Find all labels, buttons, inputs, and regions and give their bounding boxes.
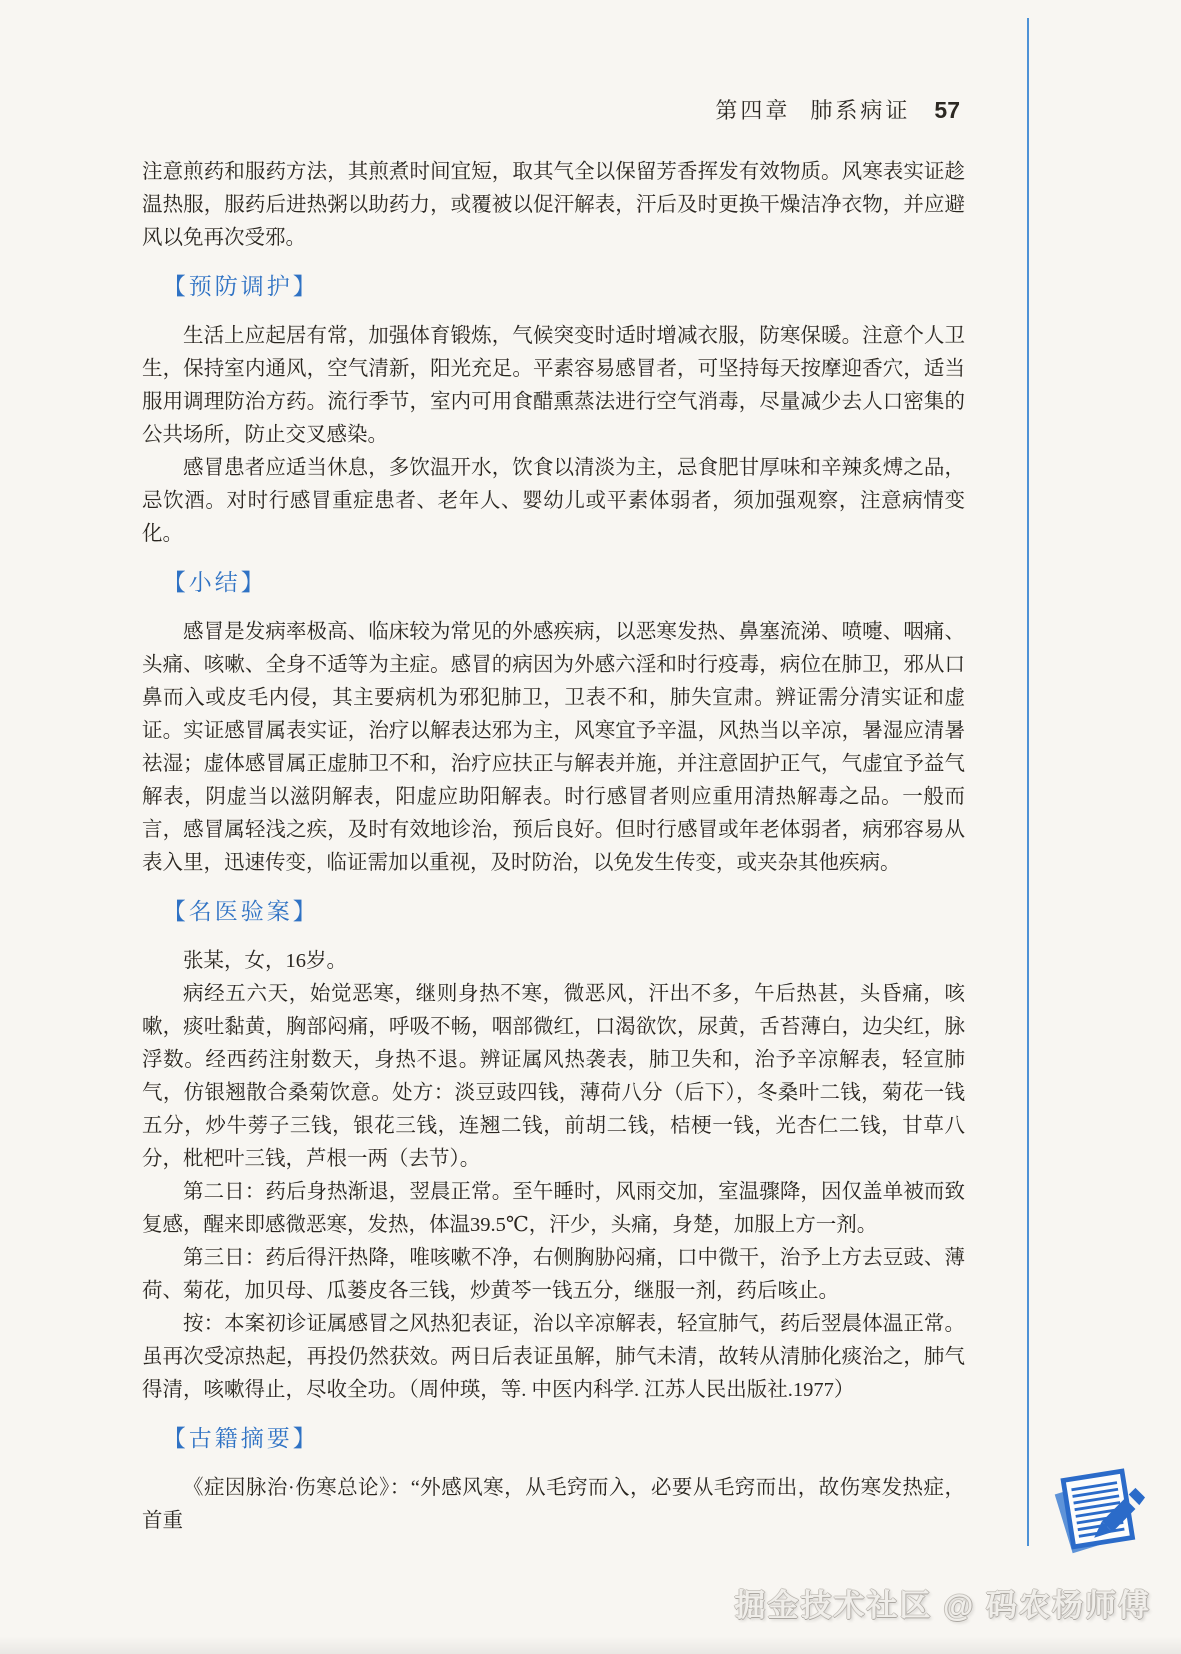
body-paragraph: 第二日：药后身热渐退，翌晨正常。至午睡时，风雨交加，室温骤降，因仅盖单被而致复感…	[142, 1176, 965, 1242]
body-paragraph: 感冒患者应适当休息，多饮温开水，饮食以清淡为主，忌食肥甘厚味和辛辣炙煿之品，忌饮…	[142, 452, 965, 551]
body-paragraph: 病经五六天，始觉恶寒，继则身热不寒，微恶风，汗出不多，午后热甚，头昏痛，咳嗽，痰…	[142, 978, 965, 1176]
section-heading: 【小结】	[142, 566, 965, 599]
chapter-title: 肺系病证	[810, 98, 910, 123]
section-heading: 【古籍摘要】	[142, 1422, 965, 1455]
section-heading: 【名医验案】	[142, 895, 965, 928]
body-paragraph: 生活上应起居有常，加强体育锻炼，气候突变时适时增减衣服，防寒保暖。注意个人卫生，…	[142, 320, 965, 452]
notepad-pencil-icon	[1050, 1460, 1146, 1556]
body-paragraph: 感冒是发病率极高、临床较为常见的外感疾病，以恶寒发热、鼻塞流涕、喷嚏、咽痛、头痛…	[142, 616, 965, 880]
body-paragraph: 第三日：药后得汗热降，唯咳嗽不净，右侧胸胁闷痛，口中微干，治予上方去豆豉、薄荷、…	[142, 1242, 965, 1308]
page-body: 注意煎药和服药方法，其煎煮时间宜短，取其气全以保留芳香挥发有效物质。风寒表实证趁…	[142, 156, 965, 1538]
body-paragraph: 按：本案初诊证属感冒之风热犯表证，治以辛凉解表，轻宣肺气，药后翌晨体温正常。虽再…	[142, 1308, 965, 1407]
section-heading: 【预防调护】	[142, 270, 965, 303]
page-number: 57	[934, 97, 960, 123]
chapter-label: 第四章	[715, 98, 790, 123]
page-header: 第四章肺系病证57	[142, 94, 960, 125]
watermark: 掘金技术社区 @ 码农杨师傅	[735, 1580, 1151, 1625]
book-page: 第四章肺系病证57 注意煎药和服药方法，其煎煮时间宜短，取其气全以保留芳香挥发有…	[0, 0, 1181, 1654]
body-paragraph: 张某，女，16岁。	[142, 945, 965, 978]
vertical-rule	[1027, 18, 1029, 1546]
body-paragraph: 注意煎药和服药方法，其煎煮时间宜短，取其气全以保留芳香挥发有效物质。风寒表实证趁…	[142, 156, 965, 255]
body-paragraph: 《症因脉治·伤寒总论》：“外感风寒，从毛窍而入，必要从毛窍而出，故伤寒发热症，首…	[142, 1472, 965, 1538]
